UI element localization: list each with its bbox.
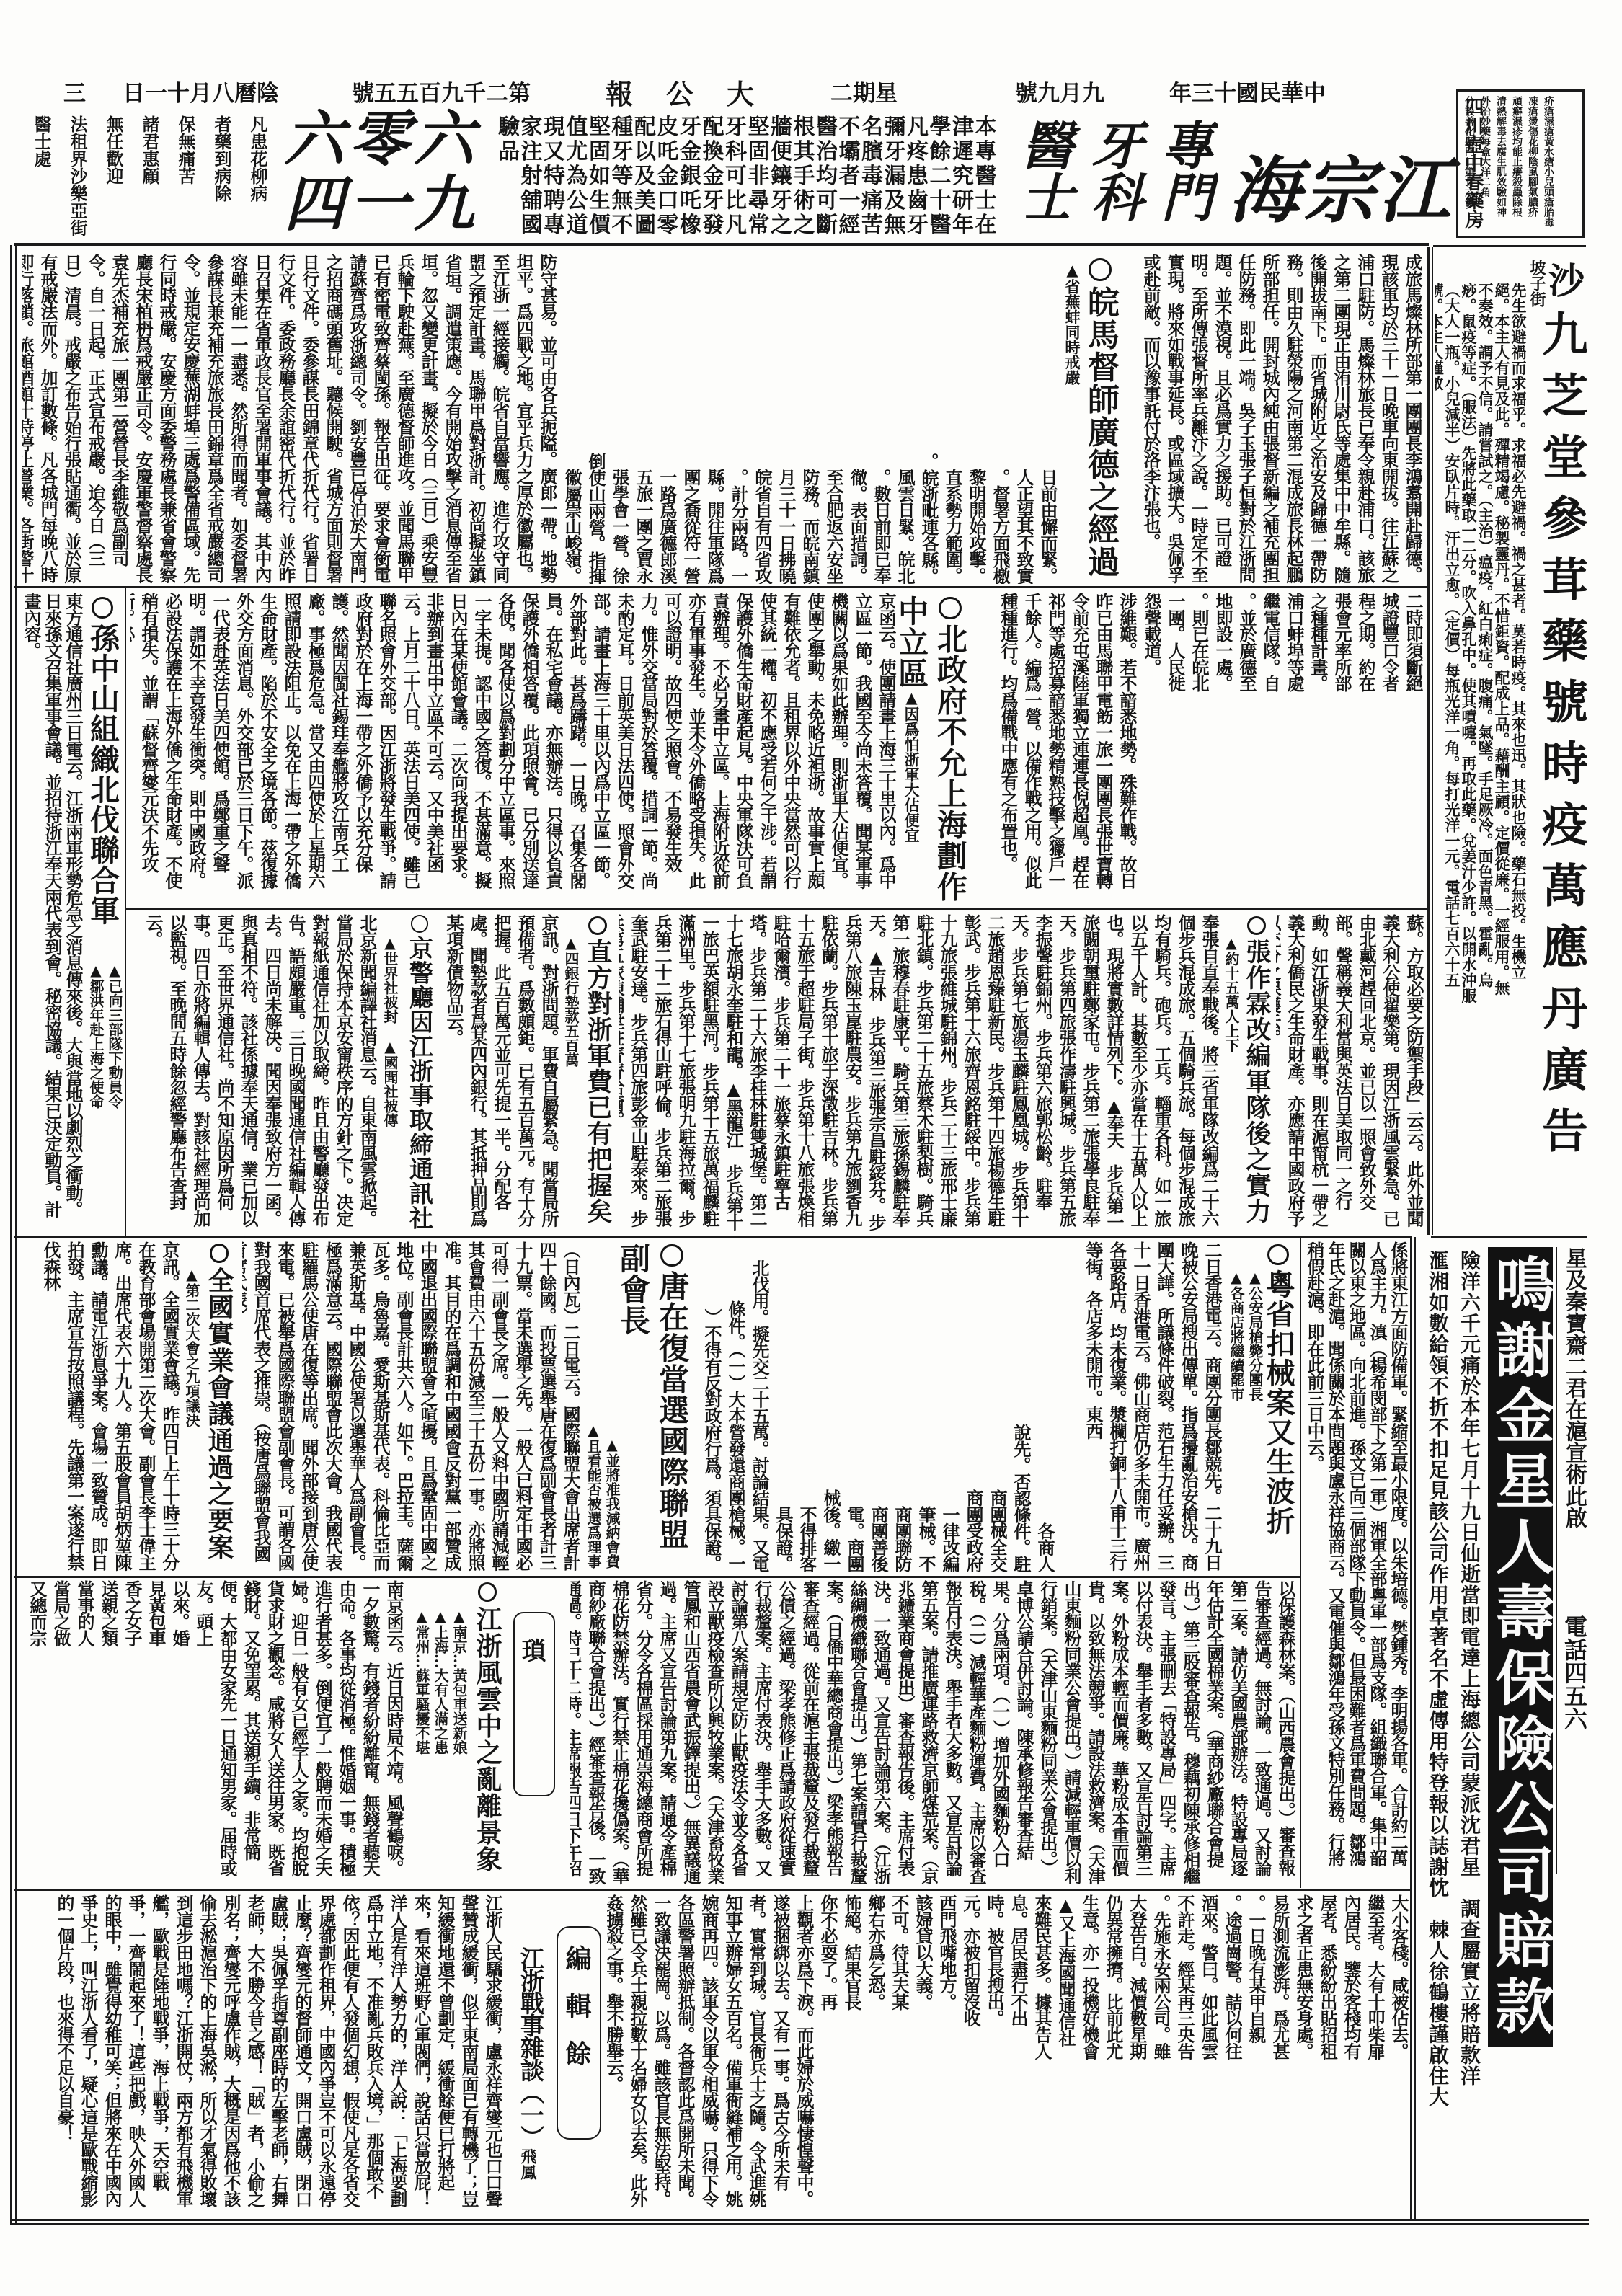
article-canton-headline: 粵省扣械案又生波折 bbox=[1266, 1243, 1299, 1560]
text-column: 日前由懈而緊。 bbox=[1036, 254, 1060, 584]
text-column: 具保證。 bbox=[771, 1241, 795, 1572]
article-tang-headline-2: 副會長 bbox=[621, 1243, 655, 1387]
article-turmoil-body: 南京函云。近日因時局不靖。風聲鶴唳。一夕數驚。有錢者紛紛離甯。無錢者聽天由命。各… bbox=[216, 1580, 406, 1886]
article-police-body: 北京新聞編譯社消息云。自東南風雲掀起。當局於保持本京安甯秩序的方針之下。决定對報… bbox=[130, 914, 379, 1231]
article-henan-tail-body: 成旅馬燦林所部第一團團長李鴻翥開赴歸德。現該軍均於三十一日晚車向東開拔。往江蘇之… bbox=[1125, 254, 1424, 584]
text-column: 二時即須斷絕 bbox=[1401, 593, 1425, 904]
text-column: 當局之做 bbox=[49, 1580, 73, 1886]
ad-dental-row: 本津學凡彌名不醫根牆堅牙配牙皮配種堅值現家驗 bbox=[477, 115, 998, 140]
text-column: 倒使山兩營。指揮 bbox=[584, 254, 608, 584]
article-army-funds-body: 京訊。對浙問題。軍費自屬緊急。聞當局所預備者。爲數頗鉅。已有五百萬元。有十分把握… bbox=[441, 914, 561, 1231]
ad-jiuzhitang-text: 先生欲避禍而求福乎。求福必先避禍。禍之甚者。莫若時疫。其來也迅。其狀也險。藥石無… bbox=[1435, 283, 1527, 1003]
headline-circle-icon bbox=[1267, 1244, 1289, 1266]
text-column: ▲且看能否被選爲理事 bbox=[584, 1243, 603, 1569]
text-column: 直系勢力範圍。 bbox=[941, 254, 965, 584]
article-army-funds-headline-text: 直方對浙軍費已有把握矣 bbox=[583, 939, 613, 1224]
text-column: 當事的人 bbox=[73, 1580, 97, 1886]
ad-dental-row: 專遲餘疼牙臏壩治其便固科換金吒以牙固尤又注品 bbox=[477, 140, 998, 164]
text-column: 縣。開往軍隊爲 bbox=[703, 254, 727, 584]
text-column: 法租界沙樂亞街 bbox=[59, 115, 95, 239]
text-column: 友。頭上 bbox=[192, 1580, 216, 1886]
text-column: 來難民甚多。據其告人 bbox=[1030, 1894, 1054, 2216]
column-rule bbox=[1433, 245, 1586, 247]
text-column: ▲又上海國聞通信社 bbox=[1054, 1894, 1078, 2216]
text-column: 。數日前即已奉 bbox=[869, 254, 893, 584]
masthead-year: 中華民國十三年 bbox=[1169, 75, 1326, 107]
text-column: 。計分兩路。一 bbox=[727, 254, 750, 584]
headline-circle-icon bbox=[411, 915, 428, 932]
masthead-lunar-date: 陰曆八月十一日 bbox=[123, 75, 279, 107]
text-column: 電。商團 bbox=[843, 1241, 867, 1572]
text-column: 條件。（一）大本營發還商團槍械。一 bbox=[724, 1241, 748, 1572]
headline-circle-icon bbox=[478, 1582, 497, 1602]
text-column: 保無痛苦 bbox=[167, 115, 203, 239]
article-neutral-zone-subhead: ▲因爲怕浙軍大佔便宜 bbox=[903, 688, 921, 843]
column-rule bbox=[14, 243, 1429, 246]
text-column: 元。亦被扣留沒收 bbox=[959, 1894, 983, 2216]
headline-circle-icon bbox=[1089, 258, 1112, 282]
article-neutral-zone-headline: 北政府不允上海劃作 bbox=[934, 595, 972, 907]
article-industry-subhead: ▲第二次大會之九項議決 bbox=[183, 1266, 201, 1453]
text-column: 浦口蚌埠等處 bbox=[1282, 593, 1306, 904]
article-army-funds-headline: 直方對浙軍費已有把握矣 bbox=[581, 916, 616, 1233]
text-column: 大登告白。減價數星期 bbox=[1125, 1894, 1149, 2216]
text-column: 清熱解毒去腐生肌效驗如神 bbox=[1493, 96, 1509, 233]
text-column: 無任歡迎 bbox=[95, 115, 131, 239]
column-rule bbox=[1300, 1238, 1301, 1888]
text-column: ▲上海…大有人滿之患 bbox=[431, 1608, 450, 1802]
text-column: 張學會一營。徐 bbox=[608, 254, 631, 584]
article-war-talk-body: 江浙人民驕求緩衝，盧永祥齊燮元也口口聲聲贊成緩衝，似乎東南局面已有轉機了；豈知緩… bbox=[22, 1894, 505, 2216]
text-column: 鄉右亦爲乞恐。 bbox=[864, 1894, 887, 2216]
article-turmoil-continued-body: 上觀者亦爲下淚。而此婦於威嚇悽惶聲中。遂被捆綁以去。又有一事。爲古今所未有者。實… bbox=[607, 1894, 816, 2216]
section-editorial-box: 編輯餘話 bbox=[557, 1926, 601, 2140]
column-rule bbox=[1431, 1236, 1587, 1238]
article-police-headline-text: 京警廳因江浙事取締通訊社 bbox=[406, 936, 434, 1230]
text-column: 疥瘡濕瘡黃水瘡小兒頭瘡胎毒 bbox=[1541, 96, 1556, 233]
text-column: 又總而宗 bbox=[25, 1580, 49, 1886]
text-column: 頑癬濕疹均能止癢殺蟲除根 bbox=[1509, 96, 1525, 233]
text-column: 。皖浙毗連各縣。 bbox=[917, 254, 941, 584]
text-column: 你不必耍了。再 bbox=[816, 1894, 840, 2216]
article-industry-body-1: 京訊。全國實業會議。昨四日上午十時三十分在教育部會場開第二次大會。副會長李士偉主… bbox=[22, 1241, 182, 1572]
article-sun-yatsen-subheads: ▲已向三部隊下動員令▲鄒洪年赴上海之使命 bbox=[85, 962, 124, 1135]
text-column: 屋者。悉紛紛出貼招租 bbox=[1316, 1894, 1339, 2216]
page-border-bottom bbox=[10, 2219, 1589, 2225]
text-column: ▲公安局槍斃分團長 bbox=[1246, 1269, 1264, 1449]
ad-dental-text: 本津學凡彌名不醫根牆堅牙配牙皮配種堅值現家驗 專遲餘疼牙臏壩治其便固科換金吒以牙… bbox=[477, 115, 998, 238]
text-column: 各商人 bbox=[1033, 1241, 1057, 1572]
text-column: 至合肥返六安坐 bbox=[822, 254, 846, 584]
text-column: 諸君惠顧 bbox=[131, 115, 167, 239]
text-column: 息。居民盡行不出 bbox=[1006, 1894, 1030, 2216]
article-anhui-fragment-columns: 日前由懈而緊。人正望其不致實。督署方面飛檄黎明開始攻擊。直系勢力範圍。。皖浙毗連… bbox=[560, 254, 1060, 584]
text-column: 。途過崗警。詰以何往 bbox=[1220, 1894, 1244, 2216]
text-column: 內居民。鑒於客棧均有 bbox=[1339, 1894, 1363, 2216]
text-column: 繼至者。大有十叩柴扉 bbox=[1363, 1894, 1387, 2216]
article-canton-body: 二日香港電云。商團分團長鄒競先。二十九日晚被公安局搜出傳單。指爲擾亂治安槍決。商… bbox=[1057, 1241, 1224, 1572]
text-column: 程之期。約在 bbox=[1354, 593, 1378, 904]
article-canton-headline-text: 粵省扣械案又生波折 bbox=[1266, 1269, 1295, 1535]
text-column: 月三十一日拂曉 bbox=[774, 254, 798, 584]
article-industry-body-2: 以保護森林案。（山西農會提出。）審查報告審查經過。無討論。一致通過。又討論第二案… bbox=[570, 1580, 1298, 1886]
text-column: 城證豐口令者 bbox=[1378, 593, 1401, 904]
article-industry-headline: 全國實業會議通過之要案 bbox=[202, 1243, 238, 1567]
article-neutral-zone-headline-2-text: 中立區 bbox=[900, 595, 929, 688]
article-army-funds-subhead: ▲四銀行墊款五百萬 bbox=[562, 934, 580, 1100]
text-column: 之種種計畫。 bbox=[1306, 593, 1330, 904]
article-industry-headline-text: 全國實業會議通過之要案 bbox=[204, 1267, 234, 1560]
ad-606-big-top: 六零六 bbox=[284, 108, 479, 170]
masthead-paper-name: 大公報 bbox=[606, 72, 787, 112]
text-column: 。則已在皖北 bbox=[1187, 593, 1211, 904]
page-border-left bbox=[10, 245, 17, 2223]
text-column: 求之者正患無安身處。 bbox=[1292, 1894, 1316, 2216]
text-column: 以來。婚 bbox=[168, 1580, 192, 1886]
column-rule bbox=[126, 908, 1427, 910]
ad-border bbox=[1410, 1237, 1416, 2220]
text-column: 時。被官長搜出。 bbox=[983, 1894, 1006, 2216]
text-column: ▲並將准我減納會費 bbox=[603, 1243, 621, 1569]
text-column: 皖省自有四省攻 bbox=[750, 254, 774, 584]
text-column: ）不得有反對政府行爲。須具保證。 bbox=[700, 1241, 724, 1572]
text-column: 酒來。警曰。如此風雲 bbox=[1197, 1894, 1220, 2216]
article-anhui-continued-fragments: 二時即須斷絕城證豐口令者程之期。約在張會元率所部之種種計畫。浦口蚌埠等處繼電信隊… bbox=[1140, 593, 1425, 904]
article-sun-yatsen-headline: 孫中山組織北伐聯合軍 bbox=[85, 595, 124, 956]
masthead-page-number: 三 bbox=[63, 75, 86, 107]
text-column: 怖絕。結果官長 bbox=[840, 1894, 864, 2216]
text-column: ▲各商店將繼續罷市 bbox=[1227, 1269, 1246, 1449]
text-column: 險洋六千元痛於本年七月十九日仙逝當即電達上海總公司蒙派沈君星 調查屬實立將賠款洋 bbox=[1453, 1250, 1485, 2209]
column-rule bbox=[125, 588, 126, 1236]
article-sun-yatsen-body: 東方通信社廣州三日電云。江浙兩軍形勢危急之消息傳來後。大與當地以劇烈之衝動。日來… bbox=[20, 593, 84, 1231]
text-column: 商團聯防 bbox=[890, 1241, 914, 1572]
column-rule bbox=[14, 1236, 1412, 1238]
text-column: 凡患花柳病 bbox=[239, 115, 275, 239]
text-column: ▲已向三部隊下動員令 bbox=[105, 962, 124, 1135]
article-anhui-subhead: ▲省蕪蚌同時戒嚴 bbox=[1063, 261, 1081, 477]
headline-circle-icon bbox=[1247, 916, 1266, 935]
section-suowen-box: 瑣聞 bbox=[513, 1612, 555, 1796]
article-neutral-zone-body: 京函云。使團請畫上海三十里以內。爲中立區一節。我國至今尚未答覆。聞某軍事機關以爲… bbox=[130, 593, 898, 904]
text-column: 凍瘡燙傷花柳陰虱腳氣膿疥 bbox=[1525, 96, 1541, 233]
article-sun-yatsen-tail: 係將東江方面防備軍。緊縮至最小限度。以朱培德。樊鍾秀。李明揚各軍。合計約二萬人爲… bbox=[1303, 1241, 1409, 1881]
article-anhui-body: 防守甚易。並可由各兵扼隘。廣郎一帶。地勢坦平。爲四戰之地。宜乎兵力之厚於徽屬也。… bbox=[22, 254, 559, 584]
article-sun-yatsen-headline-text: 孫中山組織北伐聯合軍 bbox=[85, 623, 120, 926]
text-column: 一路爲廣德郎溪 bbox=[655, 254, 679, 584]
section-editorial-label: 編輯餘話 bbox=[565, 1945, 595, 2125]
text-column: 大小客棧。咸被佔去。 bbox=[1387, 1894, 1411, 2216]
text-column: 風雲日緊。皖北 bbox=[893, 254, 917, 584]
ad-dental-row: 醫究二患漏毒者均手鑲非可金銀金及等如為特射 bbox=[477, 164, 998, 189]
text-column: 商團械全交 bbox=[985, 1241, 1009, 1572]
text-column: 黎明開始攻擊。 bbox=[965, 254, 988, 584]
ad-dental-name: 江宗海 bbox=[1228, 133, 1453, 236]
text-column: 者藥到病除 bbox=[203, 115, 239, 239]
text-column: 牙科 bbox=[1078, 118, 1148, 245]
text-column: 徹。表面措詞。 bbox=[846, 254, 869, 584]
ad-dental-row: 在年醫牙無苦經斷之之常凡發橡零圖不價道專國 bbox=[477, 213, 998, 238]
section-suowen-label: 瑣聞 bbox=[520, 1638, 549, 1782]
headline-circle-icon bbox=[660, 1244, 683, 1267]
column-rule bbox=[14, 586, 1427, 588]
article-neutral-zone-headline-2: 中立區▲因爲怕浙軍大佔便宜 bbox=[900, 595, 933, 907]
ad-pharmacy-box: 疥瘡濕瘡黃水瘡小兒頭瘡胎毒凍瘡燙傷花柳陰虱腳氣膿疥頑癬濕疹均能止癢殺蟲除根清熱解… bbox=[1456, 89, 1585, 238]
article-tang-headline: 唐在復當選國際聯盟 bbox=[656, 1243, 693, 1560]
ad-jiuzhitang-title: 九芝堂參茸藥號時疫萬應丹廣告 bbox=[1534, 310, 1587, 1229]
text-column: 該婦貸以大義。 bbox=[911, 1894, 935, 2216]
text-column: 一律改編 bbox=[938, 1241, 962, 1572]
text-column: 商團受政府 bbox=[962, 1241, 985, 1572]
article-anhui-headline-text: 皖馬督師廣德之經過 bbox=[1083, 285, 1119, 577]
text-column: 西門飛嘴地方。 bbox=[935, 1894, 959, 2216]
headline-circle-icon bbox=[588, 916, 607, 935]
ad-606-text: 凡患花柳病者藥到病除保無痛苦諸君惠顧無任歡迎法租界沙樂亞街醫士處 bbox=[22, 115, 275, 239]
headline-circle-icon bbox=[939, 597, 961, 619]
ad-phone-number: 電話四五六 bbox=[1561, 1615, 1587, 1759]
article-anhui-continued-body: 涉維艱。若不諳悉地勢。殊難作戰。故日昨已由馬聯甲電飭一旅一團團長張世寶轉令前充屯… bbox=[973, 593, 1139, 904]
text-column: 人正望其不致實 bbox=[1012, 254, 1036, 584]
text-column: 專門 bbox=[1148, 118, 1218, 245]
article-police-subheads: ▲世界社被封 ▲國聞社被傳 bbox=[381, 934, 399, 1151]
text-column: 團之喬從符一營 bbox=[679, 254, 703, 584]
text-column: 防務。而皖南鎮 bbox=[798, 254, 822, 584]
article-zhang-headline: 張作霖改編軍隊後之實力 bbox=[1241, 916, 1275, 1233]
column-rule bbox=[14, 1576, 1300, 1578]
text-column: 見黃包車 bbox=[144, 1580, 168, 1886]
text-column: 不可。待其夫某 bbox=[887, 1894, 911, 2216]
text-column: 不得排客 bbox=[795, 1241, 819, 1572]
article-zhang-headline-text: 張作霖改編軍隊後之實力 bbox=[1242, 939, 1272, 1224]
article-neutral-zone-headline-text: 北政府不允上海劃作 bbox=[934, 624, 968, 903]
ad-dental-title-columns: 專門牙科醫士 bbox=[1008, 118, 1218, 245]
text-column: 五旅一團之賈永 bbox=[631, 254, 655, 584]
article-anhui-headline: 皖馬督師廣德之經過 bbox=[1083, 257, 1123, 585]
text-column: 送親之類 bbox=[97, 1580, 120, 1886]
newspaper-page: 中華民國十三年 九月九號 星期二 大公報 第二千九百五五號 陰曆八月十一日 三 … bbox=[0, 0, 1622, 2296]
text-column: 張會元率所部 bbox=[1330, 593, 1354, 904]
ad-jinxing-text: 險洋六千元痛於本年七月十九日仙逝當即電達上海總公司蒙派沈君星 調查屬實立將賠款洋… bbox=[1420, 1250, 1485, 2209]
column-rule bbox=[1556, 1247, 1557, 1874]
headline-circle-icon bbox=[210, 1244, 229, 1263]
text-column: 。並於廣德至 bbox=[1235, 593, 1259, 904]
text-column: 徽屬崇山峻嶺。 bbox=[560, 254, 584, 584]
article-tang-headline-text: 唐在復當選國際聯盟 bbox=[656, 1271, 690, 1550]
article-canton-subheads: ▲公安局槍斃分團長▲各商店將繼續罷市 bbox=[1227, 1269, 1264, 1449]
text-column: 。一日晚有某甲自親 bbox=[1244, 1894, 1268, 2216]
ad-606-big-bottom: 九一四 bbox=[284, 173, 479, 235]
article-war-talk-byline: 飛鳳 bbox=[518, 2148, 539, 2191]
text-column: 香之女子 bbox=[120, 1580, 144, 1886]
headline-circle-icon bbox=[92, 597, 113, 619]
article-police-headline: 京警廳因江浙事取締通訊社 bbox=[401, 914, 437, 1234]
text-column: 。先施永安兩公司。雖 bbox=[1149, 1894, 1173, 2216]
text-column: 仍異常擁擠。比前此尤 bbox=[1102, 1894, 1125, 2216]
text-column: 地即設一處。 bbox=[1211, 593, 1235, 904]
article-turmoil-headline-text: 江浙風雲中之亂離景象 bbox=[472, 1605, 502, 1872]
article-zhang-subhead: ▲約十五萬人上下 bbox=[1223, 934, 1241, 1078]
text-column: 滙湘如數給領不折不扣足見該公司作用卓著名不虛傳用特登報以誌謝忱 棘人徐鶴樓謹啟住… bbox=[1422, 1250, 1453, 2209]
ad-border bbox=[1427, 247, 1433, 1235]
text-column: 繼電信隊。自 bbox=[1259, 593, 1282, 904]
article-turmoil-subheads: ▲南京…黃包車送新娘▲上海…大有人滿之患▲常州…蘇軍騷擾不堪 bbox=[409, 1608, 469, 1802]
article-turmoil-headline: 江浙風雲中之亂離景象 bbox=[470, 1582, 506, 1887]
article-war-talk-headline: 江浙戰事雜談（一） bbox=[510, 1946, 548, 2145]
text-column: 筆械。不 bbox=[914, 1241, 938, 1572]
text-column: 商團善後 bbox=[867, 1241, 890, 1572]
article-tang-subheads: ▲並將准我減納會費▲且看能否被選爲理事 bbox=[584, 1243, 621, 1569]
ad-side-note: 星及秦寶齋二君在滬宣術此啟 bbox=[1560, 1247, 1587, 1564]
text-column: 怨聲載道。 bbox=[1140, 593, 1164, 904]
text-column: ▲常州…蘇軍騷擾不堪 bbox=[412, 1608, 431, 1802]
text-column: 。督署方面飛檄 bbox=[988, 254, 1012, 584]
column-rule bbox=[14, 1889, 1412, 1891]
ad-dental-row: 士研十齒及痛一可術牙尋比牙吒口美無生公聘舖 bbox=[477, 189, 998, 213]
article-canton-fragment-columns: 各商人說先。否認條件。駐商團械全交商團受政府一律改編筆械。不商團聯防商團善後電。… bbox=[700, 1241, 1057, 1572]
masthead-weekday: 星期二 bbox=[830, 75, 898, 107]
masthead-date: 九月九號 bbox=[1015, 75, 1104, 107]
article-tang-body: （日內瓦）二日電云。國際聯盟大會出席者計四十餘國。而投票選舉唐在復爲副會長者計三… bbox=[242, 1241, 582, 1572]
ad-jinxing-banner: 鳴謝金星人壽保險公司賠款 bbox=[1488, 1247, 1553, 2047]
text-column: 易所測流澎湃。爲尤甚 bbox=[1268, 1894, 1292, 2216]
text-column: ▲南京…黃包車送新娘 bbox=[450, 1608, 469, 1802]
ad-jiuzhitang-place: 沙 bbox=[1548, 252, 1585, 304]
text-column: 不許走。經某再三央告 bbox=[1173, 1894, 1197, 2216]
text-column: 醫士處 bbox=[23, 115, 59, 239]
article-neutral-zone-tail: 蘇。方取必要之防禦手段」云云。此外並聞義大利公使翟樂第。現因江浙風雲緊急。已由北… bbox=[1276, 914, 1426, 1231]
ad-pharmacy-name: 四川壺中春藥房 bbox=[1461, 97, 1484, 234]
text-column: 一團。人民徙 bbox=[1164, 593, 1187, 904]
text-column: ▲鄒洪年赴上海之使命 bbox=[87, 962, 105, 1135]
text-column: 械後。繳一 bbox=[819, 1241, 843, 1572]
article-turmoil-fragment-columns: 友。頭上以來。婚見黃包車香之女子送親之類當事的人當局之做又總而宗 bbox=[25, 1580, 216, 1886]
text-column: 說先。否認條件。駐 bbox=[1009, 1241, 1033, 1572]
text-column: 北伐用。擬先交二十五萬。討論結果。又電 bbox=[748, 1241, 771, 1572]
text-column: 醫士 bbox=[1009, 118, 1078, 245]
article-turmoil-continued-fragments: 大小客棧。咸被佔去。繼至者。大有十叩柴扉內居民。鑒於客棧均有屋者。悉紛紛出貼招租… bbox=[816, 1894, 1411, 2216]
text-column: 生意。亦一投機好機會 bbox=[1078, 1894, 1102, 2216]
article-zhang-body: 奉張自直奉戰後。將三省軍隊改編爲二十六個步兵混成旅。五個騎兵旅。每個步混成旅均有… bbox=[619, 914, 1221, 1231]
